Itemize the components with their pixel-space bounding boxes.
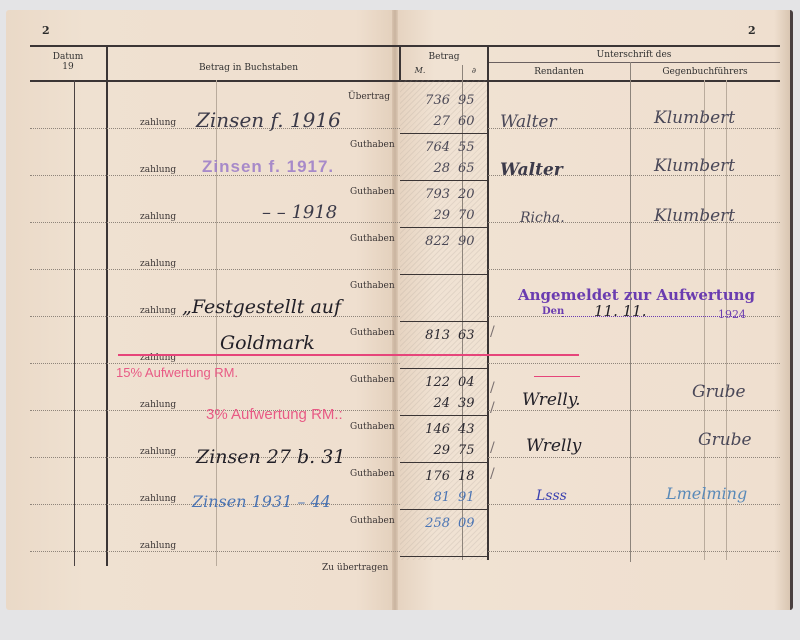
counter-bookkeeper-header: Gegenbuchführers [630,67,780,77]
check-mark: / [490,380,495,396]
row-line [488,457,780,458]
payment-label: zahlung [140,118,176,128]
counter-signature: Lmelming [666,484,747,503]
entry-description: Zinsen 1931 – 44 [192,492,331,511]
entry-description: – – 1918 [262,202,337,223]
red-rule-right [404,354,579,356]
amount-rule [400,556,488,557]
amount-in-words-header: Betrag in Buchstaben [106,63,391,73]
balance-label: Guthaben [350,281,395,291]
amount-rule [400,133,488,134]
cashier-header: Rendanten [488,67,630,77]
carried-over-label: Übertrag [348,92,390,102]
counter-signature: Grube [698,430,752,450]
row-line [488,269,780,270]
entry-description: Zinsen f. 1916 [196,108,341,132]
balance-label: Guthaben [350,234,395,244]
amount-cell: 2970 [400,208,482,223]
amount-rule [400,321,488,322]
balance-label: Guthaben [350,422,395,432]
row-line [30,222,400,223]
row-line [30,269,400,270]
cashier-signature: Walter [500,112,557,132]
payment-label: zahlung [140,541,176,551]
left-page-number: 2 [42,24,50,37]
balance-label: Guthaben [350,140,395,150]
counter-signature: Grube [692,382,746,402]
counter-signature: Klumbert [654,156,735,176]
registration-date-line [562,316,742,317]
date-divider [74,80,75,566]
amount-cell: 14643 [400,422,482,437]
payment-label: zahlung [140,306,176,316]
amount-header: Betrag [400,52,488,62]
amount-cell: 82290 [400,234,482,249]
amount-cell: 2975 [400,443,482,458]
amount-rule [400,274,488,275]
cashier-signature: Wrelly [526,436,581,456]
amount-cell: 2865 [400,161,482,176]
signature-subheader-rule [488,62,780,63]
cashier-signature: Walter [500,160,563,180]
amount-rule [400,227,488,228]
registration-date: 11. 11. [594,302,646,320]
check-mark: / [490,466,495,482]
payment-label: zahlung [140,494,176,504]
entry-description: Goldmark [220,332,315,354]
amount-rule [400,509,488,510]
balance-label: Guthaben [350,469,395,479]
row-line [30,551,400,552]
revaluation-stamp: 3% Aufwertung RM.: [206,406,343,423]
check-mark: / [490,324,495,340]
payment-label: zahlung [140,447,176,457]
amount-cell: 2439 [400,396,482,411]
amount-cell: 81363 [400,328,482,343]
amount-cell: 25809 [400,516,482,531]
header-top-rule [30,45,780,47]
amount-cell: 17618 [400,469,482,484]
red-underline-sig [534,376,580,377]
registration-year: 1924 [718,308,746,321]
amount-right-rule [487,45,489,560]
counter-signature: Klumbert [654,108,735,128]
row-line [488,551,780,552]
cashier-signature: Lsss [536,488,567,504]
red-rule-left [118,354,404,356]
amount-cell: 76455 [400,140,482,155]
row-line [30,363,400,364]
amount-cell: 12204 [400,375,482,390]
entry-description: „Festgestellt auf [182,296,341,318]
payment-label: zahlung [140,165,176,175]
carry-forward-label: Zu übertragen [322,563,388,573]
revaluation-stamp: 15% Aufwertung RM. [116,365,238,380]
balance-label: Guthaben [350,328,395,338]
check-mark: / [490,440,495,456]
amount-cell: 8191 [400,490,482,505]
payment-label: zahlung [140,259,176,269]
balance-label: Guthaben [350,375,395,385]
amount-cell: 2760 [400,114,482,129]
registration-date-prefix: Den [542,306,564,317]
row-line [488,504,780,505]
row-line [488,363,780,364]
row-line [488,410,780,411]
payment-label: zahlung [140,400,176,410]
entry-description: Zinsen 27 b. 31 [196,446,345,468]
signature-header: Unterschrift des [488,50,780,60]
amount-left-rule [399,45,401,81]
amount-cell: 79320 [400,187,482,202]
mark-unit-header: M. [410,66,430,75]
pfennig-unit-header: ∂ [466,66,482,75]
counter-signature: Klumbert [654,206,735,226]
amount-rule [400,368,488,369]
amount-rule [400,415,488,416]
payment-label: zahlung [140,212,176,222]
amount-rule [400,462,488,463]
date-column-rule [106,45,108,566]
cashier-signature: Wrelly. [522,390,581,410]
cashier-signature: Richa. [520,210,565,226]
right-page-number: 2 [748,24,756,37]
amount-rule [400,180,488,181]
check-mark: / [490,400,495,416]
balance-label: Guthaben [350,187,395,197]
balance-label: Guthaben [350,516,395,526]
amount-cell: 73695 [400,93,482,108]
savings-book: 2 2 Datum 19 Betrag in Buchstaben Betrag… [6,10,796,630]
date-header: Datum 19 [30,52,106,72]
entry-stamp: Zinsen f. 1917. [202,157,334,177]
